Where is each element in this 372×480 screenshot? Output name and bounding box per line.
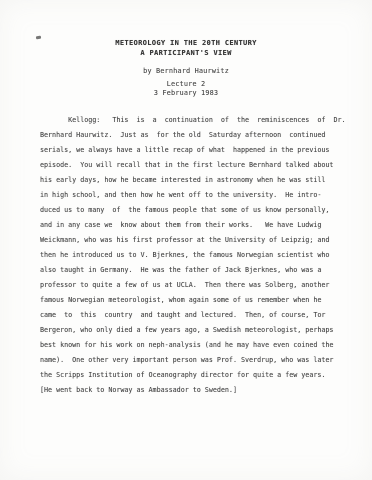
lecture-info-block: Lecture 2 3 February 1983 xyxy=(0,80,372,98)
body-text-line: then he introduced us to V. Bjerknes, th… xyxy=(40,248,346,263)
document-header: METEOROLOGY IN THE 20TH CENTURY A PARTIC… xyxy=(0,38,372,98)
body-text-line: his early days, how he became interested… xyxy=(40,173,346,188)
body-text-line: Weickmann, who was his first professor a… xyxy=(40,233,346,248)
body-text-line: famous Norwegian meteorologist, whom aga… xyxy=(40,293,346,308)
lecture-date: 3 February 1983 xyxy=(0,89,372,98)
body-text-line: professor to quite a few of us at UCLA. … xyxy=(40,278,346,293)
lecture-number: Lecture 2 xyxy=(0,80,372,89)
document-page: METEOROLOGY IN THE 20TH CENTURY A PARTIC… xyxy=(0,0,372,480)
body-text-line: duced us to many of the famous people th… xyxy=(40,203,346,218)
body-text-line: Bernhard Haurwitz. Just as for the old S… xyxy=(40,128,346,143)
body-text-line: the Scripps Institution of Oceanography … xyxy=(40,368,346,383)
body-text-line: name). One other very important person w… xyxy=(40,353,346,368)
body-text-line: and in any case we know about them from … xyxy=(40,218,346,233)
author-byline: by Bernhard Haurwitz xyxy=(0,66,372,76)
body-text-line: [He went back to Norway as Ambassador to… xyxy=(40,383,346,398)
body-text-line: serials, we always have a little recap o… xyxy=(40,143,346,158)
body-text-line: Bergeron, who only died a few years ago,… xyxy=(40,323,346,338)
body-text-line: also taught in Germany. He was the fathe… xyxy=(40,263,346,278)
body-text-line: Kellogg: This is a continuation of the r… xyxy=(40,113,346,128)
body-paragraph: Kellogg: This is a continuation of the r… xyxy=(40,113,346,398)
body-text-line: best known for his work on neph-analysis… xyxy=(40,338,346,353)
document-title-line-1: METEOROLOGY IN THE 20TH CENTURY xyxy=(0,38,372,48)
document-title-line-2: A PARTICIPANT'S VIEW xyxy=(0,48,372,58)
body-text-line: episode. You will recall that in the fir… xyxy=(40,158,346,173)
body-text-line: came to this country and taught and lect… xyxy=(40,308,346,323)
body-text-line: in high school, and then how he went off… xyxy=(40,188,346,203)
